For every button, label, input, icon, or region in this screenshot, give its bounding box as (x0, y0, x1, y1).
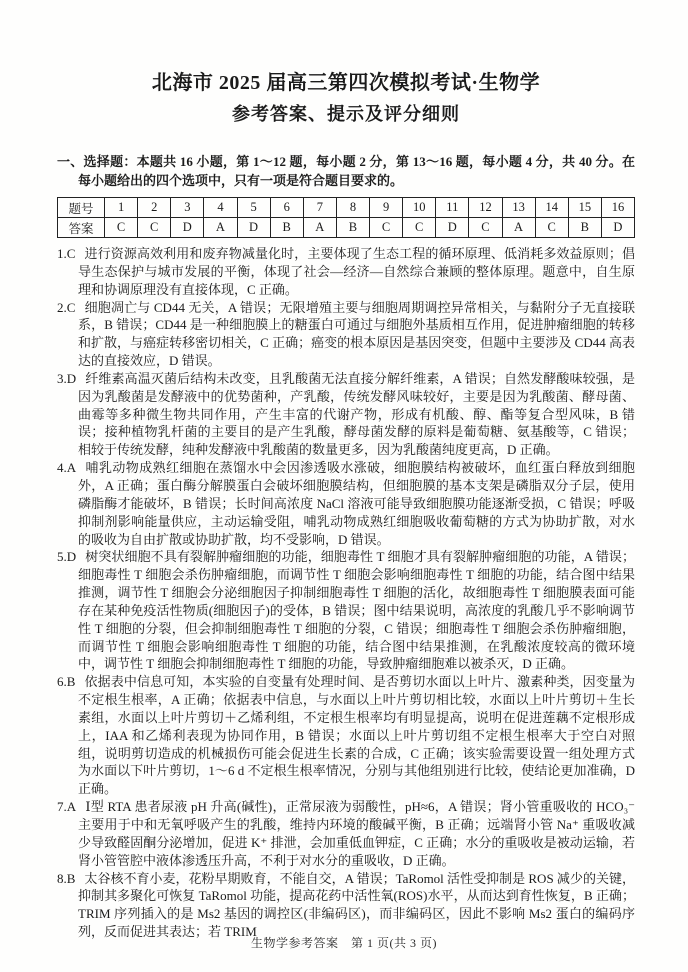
item-text: 树突状细胞不具有裂解肿瘤细胞的功能，细胞毒性 T 细胞才具有裂解肿瘤细胞的功能，… (78, 549, 635, 671)
answer-cell: C (105, 218, 138, 238)
exam-subtitle: 参考答案、提示及评分细则 (57, 102, 635, 126)
row-label-answers: 答案 (58, 218, 105, 238)
question-number-cell: 1 (105, 198, 138, 218)
explanation-item-2: 2.C细胞凋亡与 CD44 无关，A 错误；无限增殖主要与细胞周期调控异常相关，… (57, 299, 635, 370)
question-number-cell: 4 (204, 198, 237, 218)
page-footer: 生物学参考答案 第 1 页(共 3 页) (0, 934, 688, 951)
question-number-cell: 6 (270, 198, 303, 218)
explanation-item-6: 6.B依据表中信息可知，本实验的自变量有处理时间、是否剪切水面以上叶片、激素种类… (57, 673, 635, 798)
item-number-answer: 6.B (57, 674, 84, 689)
explanation-item-7: 7.AⅠ型 RTA 患者尿液 pH 升高(碱性)，正常尿液为弱酸性，pH≈6，A… (57, 798, 635, 869)
question-number-cell: 14 (535, 198, 568, 218)
question-number-row: 题号 1 2 3 4 5 6 7 8 9 10 11 12 13 14 15 1 (58, 198, 635, 218)
answer-letter-row: 答案 C C D A D B A B C C D C A C B D (58, 218, 635, 238)
item-text: 太谷核不育小麦，花粉早期败育，不能自交，A 错误；TaRomol 活性受抑制是 … (78, 871, 635, 940)
question-number-cell: 16 (601, 198, 634, 218)
explanation-item-3: 3.D纤维素高温灭菌后结构未改变，且乳酸菌无法直接分解纤维素，A 错误；自然发酵… (57, 370, 635, 459)
answer-cell: C (535, 218, 568, 238)
item-text: 进行资源高效利用和废弃物减量化时，主要体现了生态工程的循环原理、低消耗多效益原则… (78, 246, 635, 297)
item-number-answer: 4.A (57, 460, 85, 475)
question-number-cell: 7 (303, 198, 336, 218)
explanation-list: 1.C进行资源高效利用和废弃物减量化时，主要体现了生态工程的循环原理、低消耗多效… (57, 245, 635, 941)
row-label-numbers: 题号 (58, 198, 105, 218)
explanation-item-5: 5.D树突状细胞不具有裂解肿瘤细胞的功能，细胞毒性 T 细胞才具有裂解肿瘤细胞的… (57, 548, 635, 673)
item-text: 依据表中信息可知，本实验的自变量有处理时间、是否剪切水面以上叶片、激素种类，因变… (78, 674, 635, 796)
question-number-cell: 9 (370, 198, 403, 218)
section-one-heading: 一、选择题：本题共 16 小题，第 1～12 题，每小题 2 分，第 13～16… (57, 153, 635, 190)
item-number-answer: 3.D (57, 371, 85, 386)
item-text: 细胞凋亡与 CD44 无关，A 错误；无限增殖主要与细胞周期调控异常相关，与黏附… (78, 300, 635, 369)
answer-cell: A (502, 218, 535, 238)
question-number-cell: 12 (469, 198, 502, 218)
answer-cell: A (204, 218, 237, 238)
answer-cell: C (370, 218, 403, 238)
question-number-cell: 2 (138, 198, 171, 218)
item-text: 纤维素高温灭菌后结构未改变，且乳酸菌无法直接分解纤维素，A 错误；自然发酵酸味较… (78, 371, 635, 457)
exam-answer-sheet-page: 北海市 2025 届高三第四次模拟考试·生物学 参考答案、提示及评分细则 一、选… (0, 0, 688, 972)
question-number-cell: 10 (403, 198, 436, 218)
item-text: Ⅰ型 RTA 患者尿液 pH 升高(碱性)，正常尿液为弱酸性，pH≈6，A 错误… (78, 799, 635, 868)
answer-cell: B (270, 218, 303, 238)
question-number-cell: 13 (502, 198, 535, 218)
question-number-cell: 8 (336, 198, 369, 218)
explanation-item-4: 4.A哺乳动物成熟红细胞在蒸馏水中会因渗透吸水涨破，细胞膜结构被破坏，血红蛋白释… (57, 459, 635, 548)
exam-title: 北海市 2025 届高三第四次模拟考试·生物学 (57, 70, 635, 96)
question-number-cell: 5 (237, 198, 270, 218)
question-number-cell: 11 (436, 198, 469, 218)
item-number-answer: 1.C (57, 246, 84, 261)
answer-cell: C (403, 218, 436, 238)
item-number-answer: 2.C (57, 300, 84, 315)
explanation-item-8: 8.B太谷核不育小麦，花粉早期败育，不能自交，A 错误；TaRomol 活性受抑… (57, 870, 635, 941)
question-number-cell: 15 (568, 198, 601, 218)
answer-table: 题号 1 2 3 4 5 6 7 8 9 10 11 12 13 14 15 1 (57, 197, 635, 238)
answer-cell: C (138, 218, 171, 238)
answer-cell: B (568, 218, 601, 238)
answer-cell: D (601, 218, 634, 238)
answer-cell: D (436, 218, 469, 238)
question-number-cell: 3 (171, 198, 204, 218)
answer-cell: D (237, 218, 270, 238)
item-number-answer: 5.D (57, 549, 85, 564)
item-number-answer: 7.A (57, 799, 85, 814)
answer-cell: C (469, 218, 502, 238)
item-number-answer: 8.B (57, 871, 84, 886)
answer-cell: D (171, 218, 204, 238)
answer-cell: B (336, 218, 369, 238)
explanation-item-1: 1.C进行资源高效利用和废弃物减量化时，主要体现了生态工程的循环原理、低消耗多效… (57, 245, 635, 299)
page-content: 北海市 2025 届高三第四次模拟考试·生物学 参考答案、提示及评分细则 一、选… (57, 70, 635, 941)
item-text: 哺乳动物成熟红细胞在蒸馏水中会因渗透吸水涨破，细胞膜结构被破坏，血红蛋白释放到细… (78, 460, 635, 546)
answer-cell: A (303, 218, 336, 238)
